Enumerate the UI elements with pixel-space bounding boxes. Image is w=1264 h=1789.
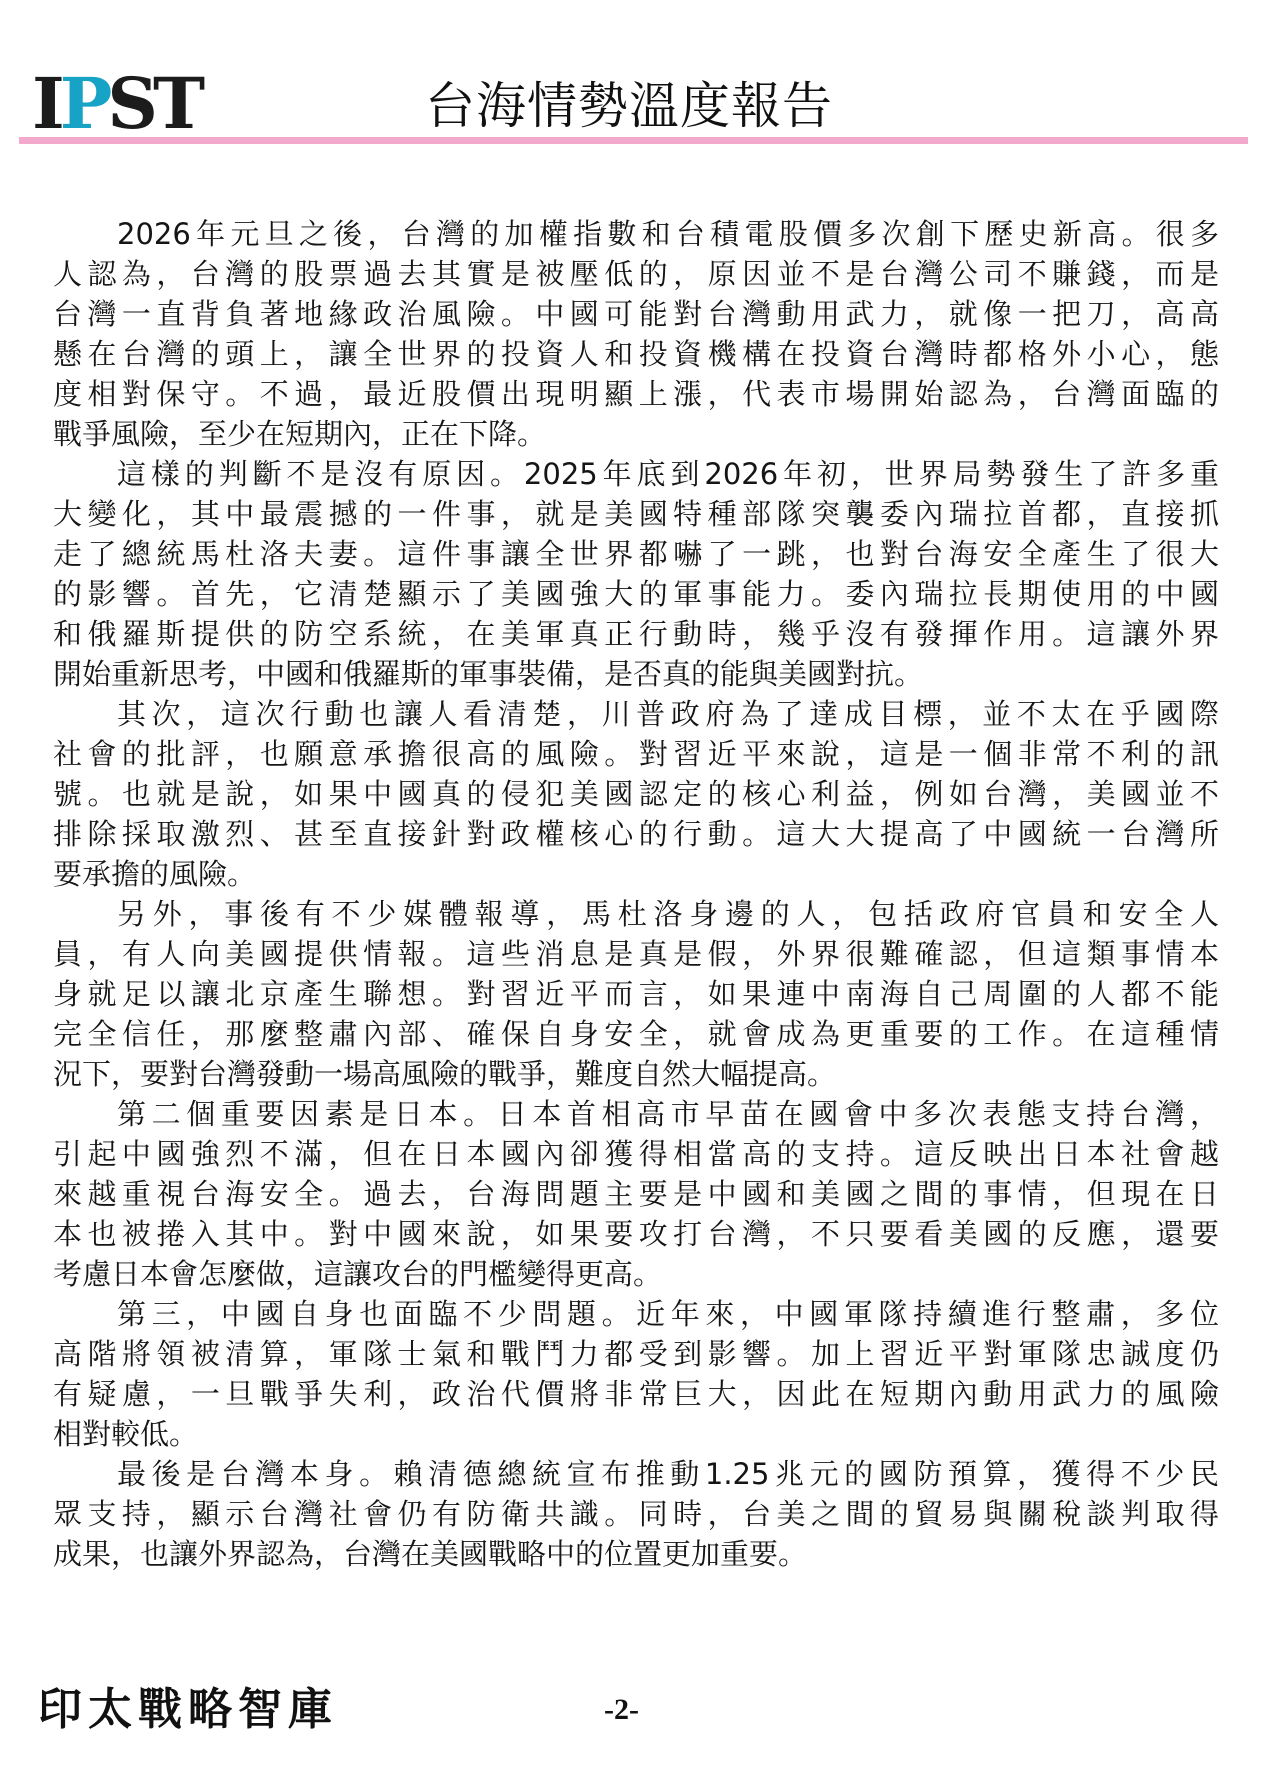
footer-brand: 印太戰略智庫 [38, 1680, 338, 1740]
text-line: 第二個重要因素是日本。日本首相高市早苗在國會中多次表態支持台灣， [53, 1094, 1219, 1134]
text-line: 考慮日本會怎麼做，這讓攻台的門檻變得更高。 [53, 1254, 1219, 1294]
text-line: 員，有人向美國提供情報。這些消息是真是假，外界很難確認，但這類事情本 [53, 934, 1219, 974]
text-line: 的影響。首先，它清楚顯示了美國強大的軍事能力。委內瑞拉長期使用的中國 [53, 574, 1219, 614]
text-line: 和俄羅斯提供的防空系統，在美軍真正行動時，幾乎沒有發揮作用。這讓外界 [53, 614, 1219, 654]
paragraph: 最後是台灣本身。賴清德總統宣布推動1.25兆元的國防預算，獲得不少民 眾支持，顯… [53, 1454, 1219, 1574]
text-line: 有疑慮，一旦戰爭失利，政治代價將非常巨大，因此在短期內動用武力的風險 [53, 1374, 1219, 1414]
paragraph: 第二個重要因素是日本。日本首相高市早苗在國會中多次表態支持台灣， 引起中國強烈不… [53, 1094, 1219, 1294]
paragraph: 2026年元旦之後，台灣的加權指數和台積電股價多次創下歷史新高。很多 人認為，台… [53, 214, 1219, 454]
text-line: 台灣一直背負著地緣政治風險。中國可能對台灣動用武力，就像一把刀，高高 [53, 294, 1219, 334]
paragraph: 其次，這次行動也讓人看清楚，川普政府為了達成目標，並不太在乎國際 社會的批評，也… [53, 694, 1219, 894]
text-line: 況下，要對台灣發動一場高風險的戰爭，難度自然大幅提高。 [53, 1054, 1219, 1094]
text-line: 來越重視台海安全。過去，台海問題主要是中國和美國之間的事情，但現在日 [53, 1174, 1219, 1214]
header-divider [19, 137, 1248, 144]
page-header: IPST 台海情勢溫度報告 [0, 0, 1264, 150]
text-line: 這樣的判斷不是沒有原因。2025年底到2026年初，世界局勢發生了許多重 [53, 454, 1219, 494]
text-line: 戰爭風險，至少在短期內，正在下降。 [53, 414, 1219, 454]
article-body: 2026年元旦之後，台灣的加權指數和台積電股價多次創下歷史新高。很多 人認為，台… [53, 214, 1219, 1574]
text-line: 第三，中國自身也面臨不少問題。近年來，中國軍隊持續進行整肅，多位 [53, 1294, 1219, 1334]
paragraph: 這樣的判斷不是沒有原因。2025年底到2026年初，世界局勢發生了許多重 大變化… [53, 454, 1219, 694]
text-line: 相對較低。 [53, 1414, 1219, 1454]
text-line: 度相對保守。不過，最近股價出現明顯上漲，代表市場開始認為，台灣面臨的 [53, 374, 1219, 414]
text-line: 號。也就是說，如果中國真的侵犯美國認定的核心利益，例如台灣，美國並不 [53, 774, 1219, 814]
logo-letter-accent: P [60, 72, 108, 136]
text-line: 大變化，其中最震撼的一件事，就是美國特種部隊突襲委內瑞拉首都，直接抓 [53, 494, 1219, 534]
logo-letter: T [153, 72, 200, 136]
text-line: 社會的批評，也願意承擔很高的風險。對習近平來說，這是一個非常不利的訊 [53, 734, 1219, 774]
text-line: 眾支持，顯示台灣社會仍有防衛共識。同時，台美之間的貿易與關稅談判取得 [53, 1494, 1219, 1534]
page-footer: 印太戰略智庫 -2- [0, 1680, 1264, 1760]
text-line: 懸在台灣的頭上，讓全世界的投資人和投資機構在投資台灣時都格外小心，態 [53, 334, 1219, 374]
text-line: 其次，這次行動也讓人看清楚，川普政府為了達成目標，並不太在乎國際 [53, 694, 1219, 734]
text-line: 人認為，台灣的股票過去其實是被壓低的，原因並不是台灣公司不賺錢，而是 [53, 254, 1219, 294]
text-line: 高階將領被清算，軍隊士氣和戰鬥力都受到影響。加上習近平對軍隊忠誠度仍 [53, 1334, 1219, 1374]
text-line: 排除採取激烈、甚至直接針對政權核心的行動。這大大提高了中國統一台灣所 [53, 814, 1219, 854]
text-line: 開始重新思考，中國和俄羅斯的軍事裝備，是否真的能與美國對抗。 [53, 654, 1219, 694]
text-line: 成果，也讓外界認為，台灣在美國戰略中的位置更加重要。 [53, 1534, 1219, 1574]
text-line: 走了總統馬杜洛夫妻。這件事讓全世界都嚇了一跳，也對台海安全產生了很大 [53, 534, 1219, 574]
text-line: 2026年元旦之後，台灣的加權指數和台積電股價多次創下歷史新高。很多 [53, 214, 1219, 254]
text-line: 最後是台灣本身。賴清德總統宣布推動1.25兆元的國防預算，獲得不少民 [53, 1454, 1219, 1494]
text-line: 要承擔的風險。 [53, 854, 1219, 894]
paragraph: 第三，中國自身也面臨不少問題。近年來，中國軍隊持續進行整肅，多位 高階將領被清算… [53, 1294, 1219, 1454]
text-line: 本也被捲入其中。對中國來說，如果要攻打台灣，不只要看美國的反應，還要 [53, 1214, 1219, 1254]
page-number: -2- [604, 1688, 639, 1732]
text-line: 引起中國強烈不滿，但在日本國內卻獲得相當高的支持。這反映出日本社會越 [53, 1134, 1219, 1174]
logo-letter: S [107, 72, 153, 136]
document-title: 台海情勢溫度報告 [425, 74, 833, 138]
ipst-logo: IPST [32, 72, 200, 136]
text-line: 身就足以讓北京產生聯想。對習近平而言，如果連中南海自己周圍的人都不能 [53, 974, 1219, 1014]
paragraph: 另外，事後有不少媒體報導，馬杜洛身邊的人，包括政府官員和安全人 員，有人向美國提… [53, 894, 1219, 1094]
text-line: 完全信任，那麼整肅內部、確保自身安全，就會成為更重要的工作。在這種情 [53, 1014, 1219, 1054]
logo-letter: I [32, 72, 60, 136]
text-line: 另外，事後有不少媒體報導，馬杜洛身邊的人，包括政府官員和安全人 [53, 894, 1219, 934]
